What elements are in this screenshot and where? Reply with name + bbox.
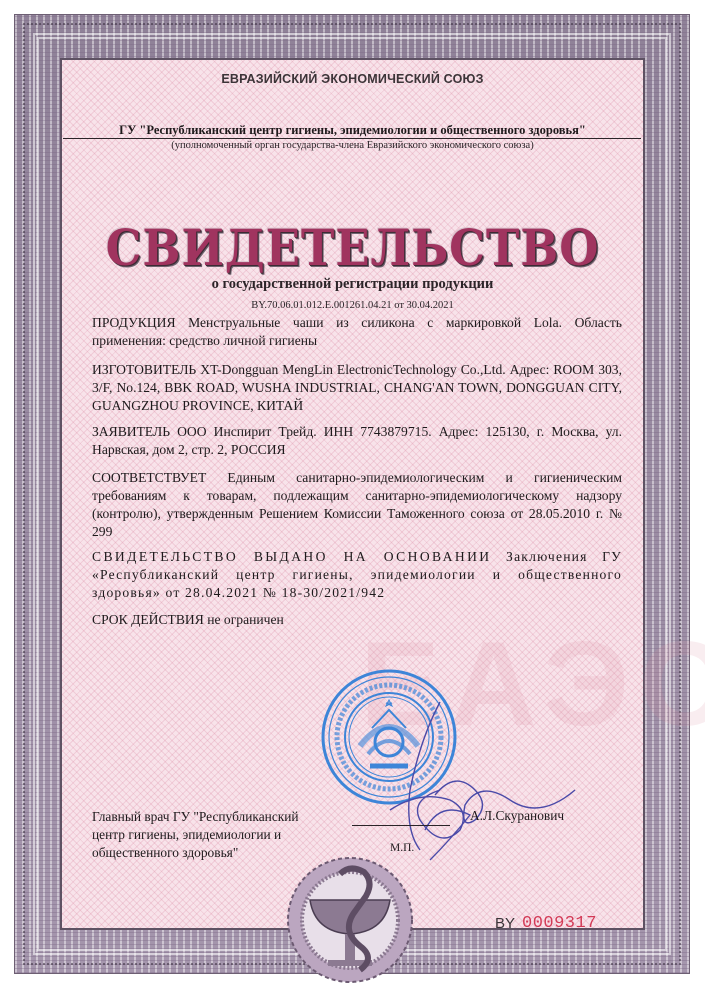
section-compliance: СООТВЕТСТВУЕТ Единым санитарно-эпидемиол… [92,469,622,541]
signer-name: А.Л.Скуранович [470,808,564,824]
organization-underline [63,138,641,139]
section-product: ПРОДУКЦИЯ Менструальные чаши из силикона… [92,314,622,350]
serial-number: 0009317 [522,914,597,933]
compliance-label: СООТВЕТСТВУЕТ [92,470,206,485]
section-manufacturer: ИЗГОТОВИТЕЛЬ XT-Dongguan MengLin Electro… [92,361,622,415]
manufacturer-label: ИЗГОТОВИТЕЛЬ [92,362,196,377]
section-validity: СРОК ДЕЙСТВИЯ не ограничен [92,611,622,629]
basis-label: СВИДЕТЕЛЬСТВО ВЫДАНО НА ОСНОВАНИИ [92,549,492,564]
union-heading: ЕВРАЗИЙСКИЙ ЭКОНОМИЧЕСКИЙ СОЮЗ [0,72,705,86]
issuing-organization: ГУ "Республиканский центр гигиены, эпиде… [60,123,645,138]
registration-number: BY.70.06.01.012.E.001261.04.21 от 30.04.… [0,300,705,311]
serial-prefix: BY [495,915,515,932]
bowl-of-hygieia-emblem-icon [270,850,430,985]
organization-note: (уполномоченный орган государства-члена … [60,140,645,151]
section-basis: СВИДЕТЕЛЬСТВО ВЫДАНО НА ОСНОВАНИИ Заключ… [92,548,622,602]
validity-text: не ограничен [204,612,284,627]
applicant-text: ООО Инспирит Трейд. ИНН 7743879715. Адре… [92,424,622,457]
document-title: СВИДЕТЕЛЬСТВО [35,218,670,277]
document-subtitle: о государственной регистрации продукции [0,276,705,293]
signature-line [352,825,450,826]
section-applicant: ЗАЯВИТЕЛЬ ООО Инспирит Трейд. ИНН 774387… [92,423,622,459]
product-label: ПРОДУКЦИЯ [92,315,176,330]
validity-label: СРОК ДЕЙСТВИЯ [92,612,204,627]
applicant-label: ЗАЯВИТЕЛЬ [92,424,170,439]
